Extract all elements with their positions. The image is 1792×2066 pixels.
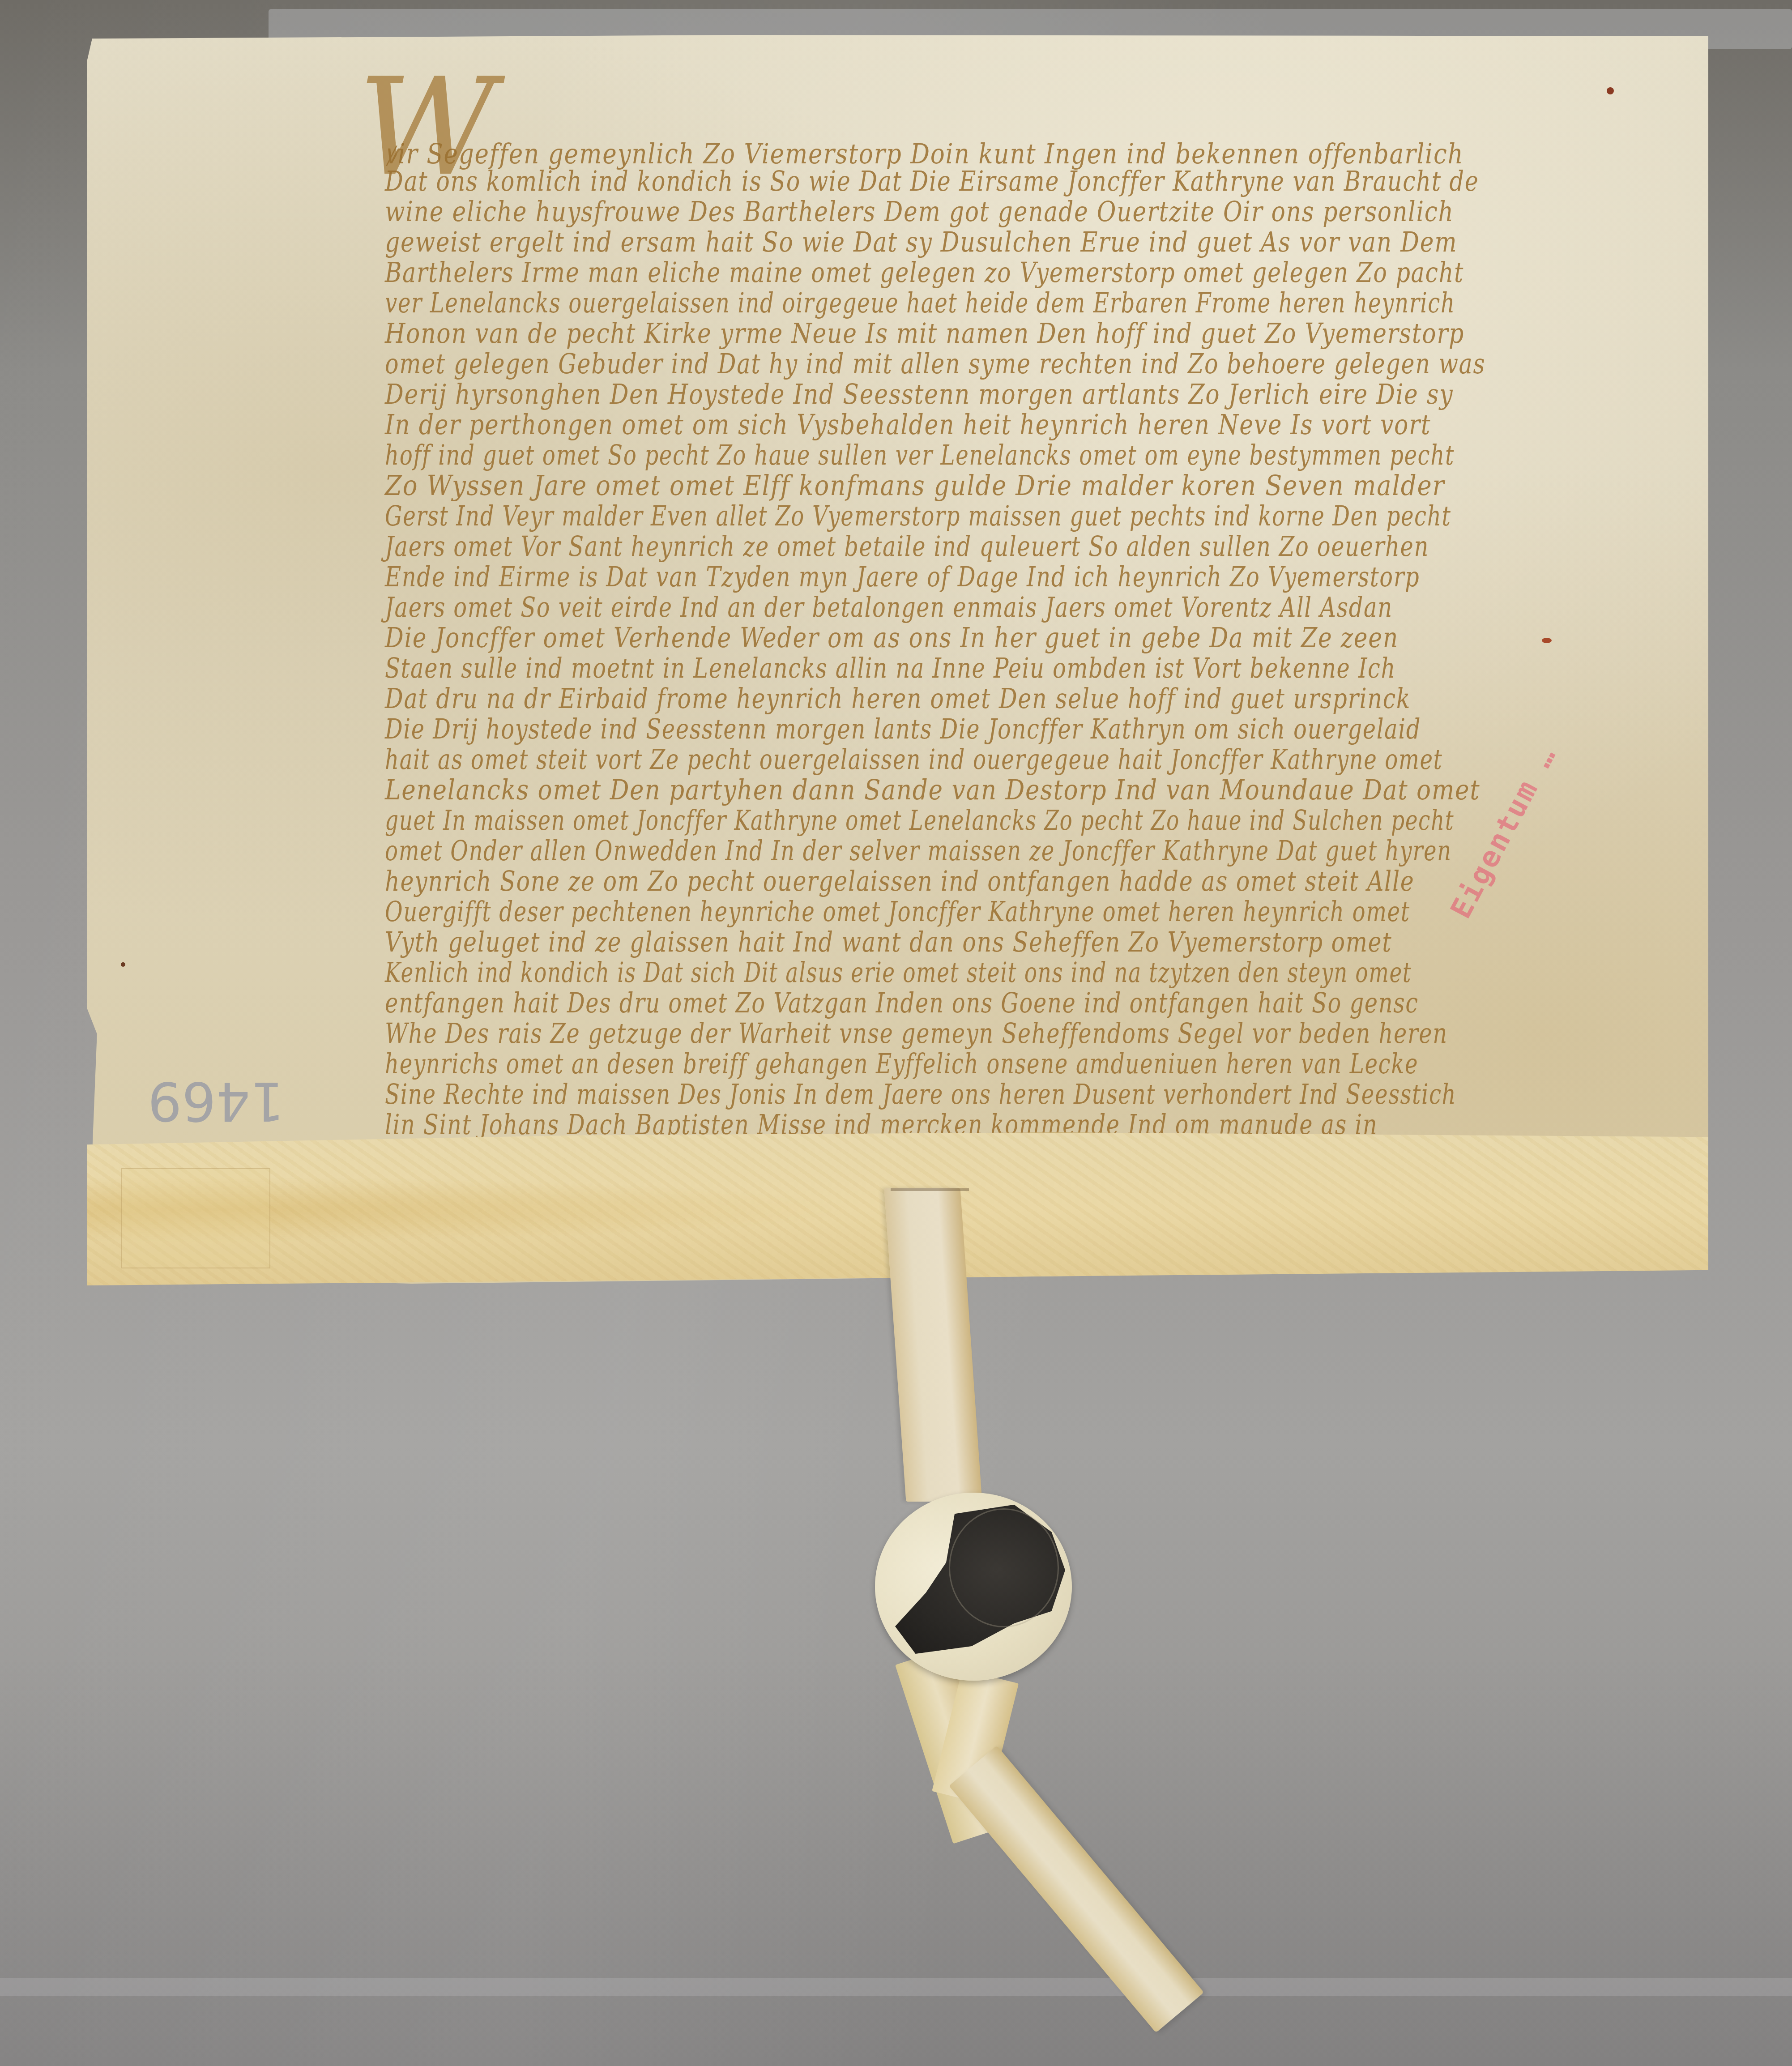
text-line: Kenlich ind kondich is Dat sich Dit alsu… (385, 956, 1412, 989)
text-line: entfangen hait Des dru omet Zo Vatzgan I… (385, 986, 1419, 1019)
plica-repair-patch (121, 1168, 270, 1268)
ink-spot (1542, 638, 1552, 643)
seal-legend-ring (949, 1508, 1059, 1627)
text-line: heynrich Sone ze om Zo pecht ouergelaiss… (385, 865, 1415, 897)
text-line: Ende ind Eirme is Dat van Tzyden myn Jae… (385, 560, 1420, 593)
text-line: heynrichs omet an desen breiff gehangen … (385, 1047, 1418, 1080)
text-line: Honon van de pecht Kirke yrme Neue Is mi… (385, 317, 1464, 350)
text-line: Zo Wyssen Jare omet omet Elff konfmans g… (385, 469, 1445, 502)
strap-slot (891, 1188, 969, 1191)
ink-spot (1607, 87, 1614, 94)
text-line: Dat dru na dr Eirbaid frome heynrich her… (385, 682, 1411, 715)
text-line: geweist ergelt ind ersam hait So wie Dat… (385, 226, 1457, 258)
text-line: Derij hyrsonghen Den Hoystede Ind Seesst… (385, 378, 1453, 410)
text-line: Jaers omet Vor Sant heynrich ze omet bet… (385, 530, 1429, 563)
text-line: Sine Rechte ind maissen Des Jonis In dem… (385, 1078, 1456, 1110)
text-line: Ouergifft deser pechtenen heynriche omet… (385, 895, 1410, 928)
text-line: guet In maissen omet Joncffer Kathryne o… (385, 804, 1454, 837)
text-line: Dat ons komlich ind kondich is So wie Da… (385, 165, 1479, 197)
text-line: hait as omet steit vort Ze pecht ouergel… (385, 743, 1443, 776)
text-line: Whe Des rais Ze getzuge der Warheit vnse… (385, 1017, 1448, 1050)
text-line: Vyth geluget ind ze glaissen hait Ind wa… (385, 926, 1392, 958)
text-line: omet Onder allen Onwedden Ind In der sel… (385, 834, 1452, 867)
text-line: Die Drij hoystede ind Seesstenn morgen l… (385, 713, 1421, 745)
text-line: In der perthongen omet om sich Vysbehald… (385, 408, 1431, 441)
text-line: hoff ind guet omet So pecht Zo haue sull… (385, 439, 1455, 471)
ink-spot (121, 962, 125, 967)
text-line: Gerst Ind Veyr malder Even allet Zo Vyem… (385, 499, 1451, 532)
pencil-archive-number: 1469 (148, 1070, 284, 1132)
mount-frame-bottom (0, 1978, 1792, 1996)
text-line: Lenelancks omet Den partyhen dann Sande … (385, 773, 1480, 806)
text-line: Jaers omet So veit eirde Ind an der beta… (385, 591, 1393, 623)
text-line: Staen sulle ind moetnt in Lenelancks all… (385, 652, 1396, 684)
text-line: Die Joncffer omet Verhende Weder om as o… (385, 621, 1399, 654)
text-line: wine eliche huysfrouwe Des Barthelers De… (385, 195, 1454, 228)
text-line: omet gelegen Gebuder ind Dat hy ind mit … (385, 347, 1485, 380)
text-line: ver Lenelancks ouergelaissen ind oirgege… (385, 286, 1455, 319)
text-line: Barthelers Irme man eliche maine omet ge… (385, 256, 1464, 289)
